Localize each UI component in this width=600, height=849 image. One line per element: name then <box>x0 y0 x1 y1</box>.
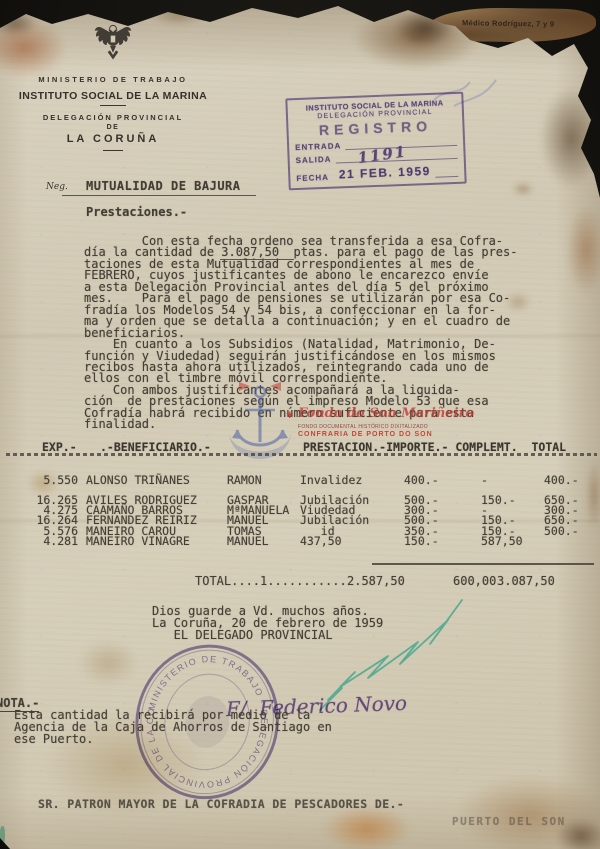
totals-complemento: 600,00 <box>453 574 496 588</box>
cell-surname: MANEIRO VINAGRE <box>86 534 190 548</box>
letterhead-ministry: MINISTERIO DE TRABAJO <box>18 75 208 84</box>
cell-name: MANUEL <box>227 534 269 548</box>
cell-complement: - <box>481 473 488 487</box>
anchor-watermark-icon <box>225 380 295 470</box>
cell-name: RAMON <box>227 473 262 487</box>
letter-body: Con esta fecha ordeno sea transferida a … <box>84 236 517 431</box>
topic-line: Prestaciones.- <box>86 205 187 219</box>
photographed-document: { "scrap_note": "Médico Rodríguez, 7 y 9… <box>0 0 600 849</box>
letterhead-delegation: DELEGACIÓN PROVINCIAL <box>18 113 208 122</box>
neg-label: Neg. <box>46 182 68 192</box>
amount-underline <box>220 259 294 260</box>
letterhead-city: LA CORUÑA <box>18 133 208 145</box>
green-ink-mark <box>0 826 5 844</box>
registry-date-stamp: 21 FEB. 1959 <box>339 164 432 182</box>
cell-amount: 150.- <box>404 534 439 548</box>
col-header-amounts: PRESTACION.-IMPORTE.- COMPLEMT. TOTAL <box>303 440 566 454</box>
table-separator <box>6 453 597 456</box>
subject-line: MUTUALIDAD DE BAJURA <box>86 179 241 193</box>
paper-stain <box>150 4 205 26</box>
watermark-archive-name: CONFRARIA DE PORTO DO SON <box>298 431 433 438</box>
registry-fecha-line <box>435 169 459 178</box>
letterhead-institute: INSTITUTO SOCIAL DE LA MARINA <box>18 90 208 102</box>
registry-stamp: INSTITUTO SOCIAL DE LA MARINA DELEGACIÓN… <box>285 92 466 191</box>
cell-benefit: 437,50 <box>300 534 342 548</box>
subject-underline <box>62 195 256 196</box>
paper-stain <box>0 18 67 78</box>
paper-stain <box>0 10 38 36</box>
watermark-script-title: Fondo do Son Mariñeiro <box>298 406 474 421</box>
watermark-mark: ✱ <box>286 410 294 421</box>
cell-amount: 400.- <box>404 473 439 487</box>
letterhead-address-note: Médico Rodríguez, 7 y 9 <box>462 18 554 28</box>
addressee-line: SR. PATRON MAYOR DE LA COFRADIA DE PESCA… <box>38 797 404 811</box>
paper-stain <box>322 806 412 849</box>
paper-stain <box>512 182 534 196</box>
paper-stain <box>540 88 600 188</box>
nota-text: Esta cantidad la recibirá por medio de l… <box>14 710 332 745</box>
totals-label: TOTAL....1........... <box>195 574 347 588</box>
letterhead-de: DE <box>18 124 208 131</box>
registry-fecha-row: FECHA 21 FEB. 1959 <box>296 163 458 183</box>
cell-complement: 587,50 <box>481 534 523 548</box>
national-eagle-emblem <box>94 22 132 72</box>
paper-stain <box>455 775 600 849</box>
totals-rule <box>372 563 594 565</box>
watermark-subtitle: FONDO DOCUMENTAL HISTÓRICO DIXITALIZADO <box>298 424 428 430</box>
cell-total: 400.- <box>544 473 579 487</box>
cell-exp: 5.550 <box>28 473 78 487</box>
letterhead-divider <box>100 105 126 106</box>
table-row: 5.550 ALONSO TRIÑANES RAMON Invalidez 40… <box>0 473 600 485</box>
registry-stamp-title: REGISTRO <box>294 117 456 139</box>
registry-salida-label: SALIDA <box>296 155 332 165</box>
totals-importe: 2.587,50 <box>347 574 405 588</box>
cell-surname: ALONSO TRIÑANES <box>86 473 190 487</box>
paper-stain <box>566 205 600 295</box>
addressee-port: PUERTO DEL SON <box>452 815 566 828</box>
totals-grand-total: 3.087,50 <box>497 574 555 588</box>
cell-exp: 4.281 <box>28 534 78 548</box>
document-paper: MINISTERIO DE TRABAJO INSTITUTO SOCIAL D… <box>0 0 600 849</box>
registry-fecha-label: FECHA <box>296 173 329 183</box>
cell-benefit: Invalidez <box>300 473 362 487</box>
paper-stain <box>78 640 138 686</box>
registry-entrada-label: ENTRADA <box>295 141 341 152</box>
col-header-exp: EXP.- <box>42 440 77 454</box>
table-row: 4.281 MANEIRO VINAGRE MANUEL 437,50 150.… <box>0 534 600 546</box>
letterhead-divider <box>103 150 123 151</box>
col-header-beneficiario: .-BENEFICIARIO.- <box>100 440 211 454</box>
